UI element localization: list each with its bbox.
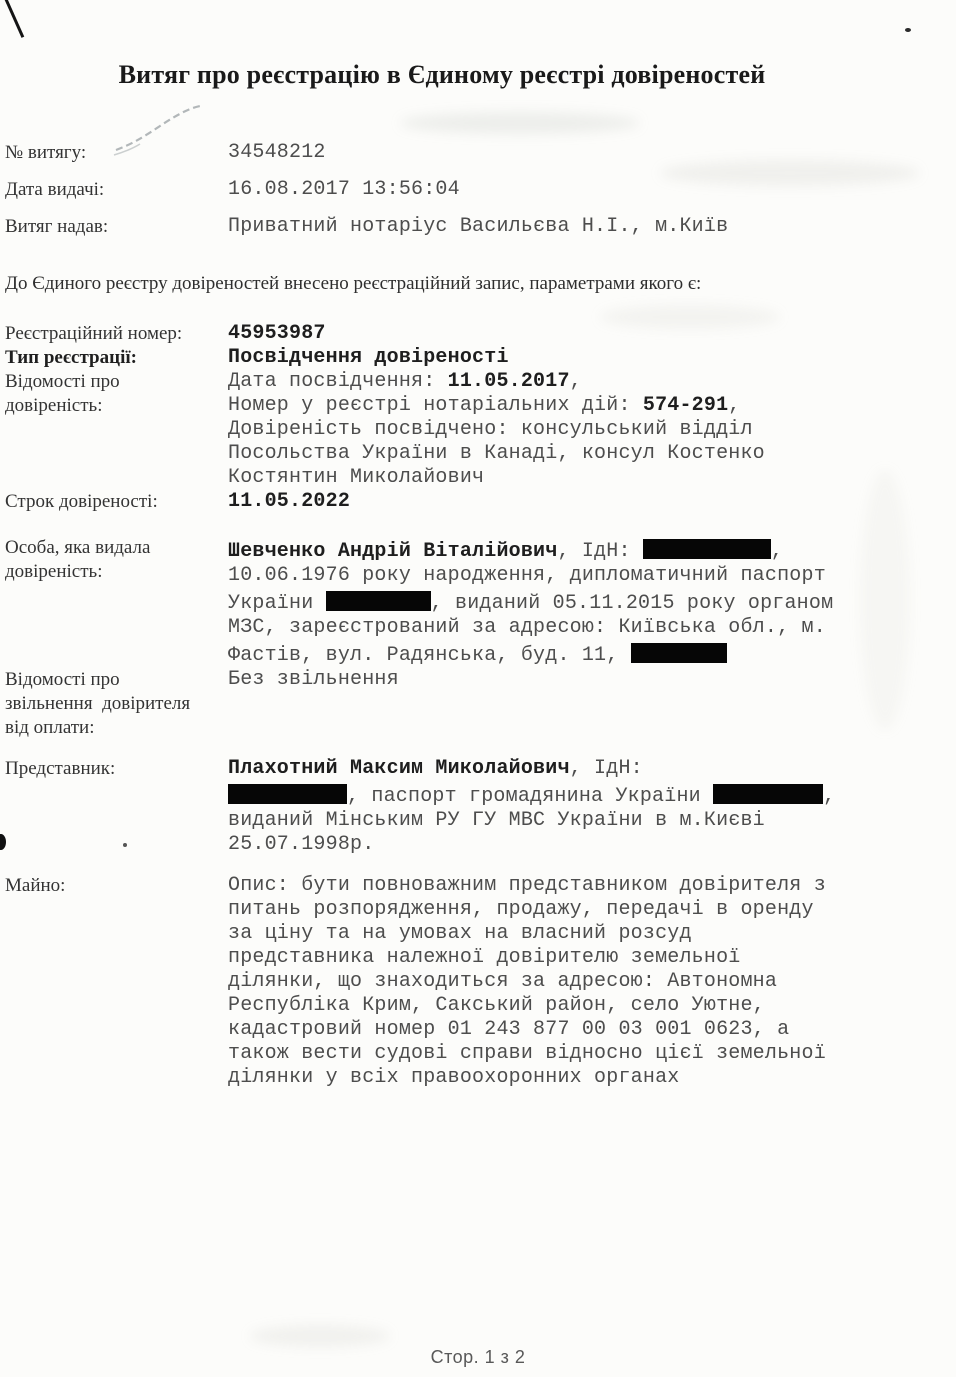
header-field-value: 16.08.2017 13:56:04 [228,178,460,202]
text-segment: , паспорт громадянина України [347,785,713,808]
field-value-line: питань розпорядження, продажу, передачі … [228,898,910,922]
field-label-line: Відомості про [5,370,228,394]
header-field-label: Дата видачі: [5,178,228,202]
field-value: Без звільнення [228,668,910,740]
text-segment: , виданий 05.11.2015 року органом [431,592,834,615]
field-label-line: Відомості про [5,668,228,692]
field-value-line: Фастів, вул. Радянська, буд. 11, [228,640,910,668]
text-segment: також вести судові справи відносно цієї … [228,1042,826,1065]
field-value: Шевченко Андрій Віталійович, ІдН: ,10.06… [228,536,910,668]
field-value: 45953987 [228,322,910,346]
intro-paragraph: До Єдиного реєстру довіреностей внесено … [5,271,805,297]
field-row: Представник:Плахотний Максим Миколайович… [5,757,910,857]
field-value-line: 45953987 [228,322,910,346]
field-value-line: Дата посвідчення: 11.05.2017, [228,370,910,394]
text-segment: виданий Мінським РУ ГУ МВС України в м.К… [228,809,765,832]
redaction-box [713,784,823,804]
field-label-line: Реєстраційний номер: [5,322,228,346]
header-field-value: Приватний нотаріус Васильєва Н.І., м.Киї… [228,215,728,239]
scan-noise [400,112,640,134]
field-label: Строк довіреності: [5,490,228,514]
redaction-box [228,784,347,804]
text-segment: Шевченко Андрій Віталійович [228,540,557,563]
header-field-row: Витяг надав:Приватний нотаріус Васильєва… [5,215,728,239]
field-value-line: Опис: бути повноважним представником дов… [228,874,910,898]
field-label-line: Майно: [5,874,228,898]
document-page: Витяг про реєстрацію в Єдиному реєстрі д… [0,0,956,1377]
text-segment: Довіреність посвідчено: консульський від… [228,418,753,441]
field-label-line: від оплати: [5,716,228,740]
text-segment: , [570,370,582,393]
field-value-line: України , виданий 05.11.2015 року органо… [228,588,910,616]
scan-artifact-corner-line [2,0,24,38]
text-segment: 10.06.1976 року народження, дипломатични… [228,564,826,587]
text-segment: Фастів, вул. Радянська, буд. 11, [228,644,631,667]
text-segment: 25.07.1998р. [228,833,374,856]
field-value: Посвідчення довіреності [228,346,910,370]
field-value: Дата посвідчення: 11.05.2017,Номер у реє… [228,370,910,490]
page-number: Стор. 1 з 2 [0,1347,956,1368]
header-field-row: № витягу:34548212 [5,141,728,165]
field-label-line: довіреність: [5,560,228,584]
scan-artifact-dot [905,28,911,32]
field-value-line: Республіка Крим, Сакський район, село Ую… [228,994,910,1018]
text-segment: 11.05.2022 [228,490,350,513]
text-segment: 574-291 [643,394,728,417]
text-segment: ділянки, що знаходиться за адресою: Авто… [228,970,777,993]
field-value-line: кадастровий номер 01 243 877 00 03 001 0… [228,1018,910,1042]
header-field-value: 34548212 [228,141,326,165]
field-value-line: Шевченко Андрій Віталійович, ІдН: , [228,536,910,564]
field-value-line: Без звільнення [228,668,910,692]
text-segment: 11.05.2017 [448,370,570,393]
field-label-line: довіреність: [5,394,228,418]
field-label: Відомості продовіреність: [5,370,228,490]
field-value: Плахотний Максим Миколайович, ІдН:, пасп… [228,757,910,857]
text-segment: , ІдН: [570,757,643,780]
field-row: Відомості продовіреність:Дата посвідченн… [5,370,910,490]
field-label: Відомості прозвільнення довірителявід оп… [5,668,228,740]
text-segment: ділянки у всіх правоохоронних органах [228,1066,679,1089]
text-segment: 45953987 [228,322,326,345]
text-segment: Дата посвідчення: [228,370,448,393]
text-segment: Посвідчення довіреності [228,346,509,369]
text-segment: питань розпорядження, продажу, передачі … [228,898,814,921]
field-value-line: виданий Мінським РУ ГУ МВС України в м.К… [228,809,910,833]
header-fields: № витягу:34548212Дата видачі:16.08.2017 … [5,141,728,252]
field-label-line: Строк довіреності: [5,490,228,514]
field-label: Майно: [5,874,228,1090]
field-value-line: 11.05.2022 [228,490,910,514]
field-value-line: також вести судові справи відносно цієї … [228,1042,910,1066]
field-value-line: , паспорт громадянина України , [228,781,910,809]
redaction-box [631,643,727,663]
text-segment: Опис: бути повноважним представником дов… [228,874,826,897]
field-label-line: звільнення довірителя [5,692,228,716]
document-title: Витяг про реєстрацію в Єдиному реєстрі д… [0,60,884,90]
field-label: Тип реєстрації: [5,346,228,370]
field-value-line: Номер у реєстрі нотаріальних дій: 574-29… [228,394,910,418]
field-value-line: 25.07.1998р. [228,833,910,857]
field-value-line: Плахотний Максим Миколайович, ІдН: [228,757,910,781]
field-value-line: ділянки, що знаходиться за адресою: Авто… [228,970,910,994]
field-row: Реєстраційний номер:45953987 [5,322,910,346]
field-label-line: Особа, яка видала [5,536,228,560]
header-field-label: № витягу: [5,141,228,165]
header-field-row: Дата видачі:16.08.2017 13:56:04 [5,178,728,202]
field-value-line: Посольства України в Канаді, консул Кост… [228,442,910,466]
text-segment: України [228,592,326,615]
field-value-line: Посвідчення довіреності [228,346,910,370]
field-value-line: 10.06.1976 року народження, дипломатични… [228,564,910,588]
field-row: Майно:Опис: бути повноважним представник… [5,874,910,1090]
field-label-line: Тип реєстрації: [5,346,228,370]
field-value-line: представника належної довірителю земельн… [228,946,910,970]
field-value-line: ділянки у всіх правоохоронних органах [228,1066,910,1090]
field-label-line: Представник: [5,757,228,781]
field-row: Відомості прозвільнення довірителявід оп… [5,668,910,740]
text-segment: МЗС, зареєстрований за адресою: Київська… [228,616,826,639]
text-segment: за ціну та на умовах на власний розсуд [228,922,692,945]
field-value-line: МЗС, зареєстрований за адресою: Київська… [228,616,910,640]
text-segment: представника належної довірителю земельн… [228,946,740,969]
field-row: Особа, яка видаладовіреність:Шевченко Ан… [5,536,910,668]
field-label: Реєстраційний номер: [5,322,228,346]
field-row: Тип реєстрації:Посвідчення довіреності [5,346,910,370]
scan-noise [250,1325,390,1347]
text-segment: , [728,394,740,417]
text-segment: , [823,785,835,808]
text-segment: Плахотний Максим Миколайович [228,757,570,780]
text-segment: , [771,540,783,563]
text-segment: Республіка Крим, Сакський район, село Ую… [228,994,765,1017]
field-value: Опис: бути повноважним представником дов… [228,874,910,1090]
text-segment: Без звільнення [228,668,399,691]
field-value-line: Костянтин Миколайович [228,466,910,490]
text-segment: Номер у реєстрі нотаріальних дій: [228,394,643,417]
fields: Реєстраційний номер:45953987Тип реєстрац… [5,322,910,1090]
text-segment: кадастровий номер 01 243 877 00 03 001 0… [228,1018,789,1041]
header-field-label: Витяг надав: [5,215,228,239]
field-row: Строк довіреності:11.05.2022 [5,490,910,514]
field-label: Представник: [5,757,228,857]
redaction-box [643,539,771,559]
field-value: 11.05.2022 [228,490,910,514]
text-segment: Посольства України в Канаді, консул Кост… [228,442,765,465]
field-label: Особа, яка видаладовіреність: [5,536,228,668]
text-segment: , ІдН: [557,540,642,563]
redaction-box [326,591,431,611]
field-value-line: Довіреність посвідчено: консульський від… [228,418,910,442]
text-segment: Костянтин Миколайович [228,466,484,489]
field-value-line: за ціну та на умовах на власний розсуд [228,922,910,946]
